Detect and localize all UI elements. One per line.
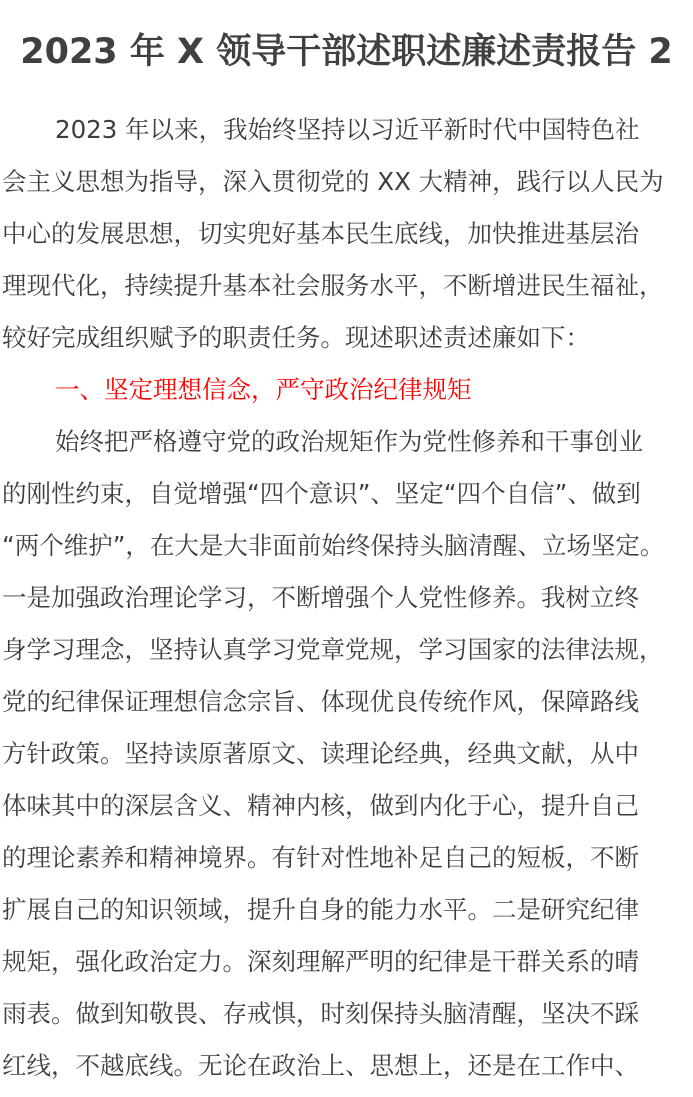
paragraph-line: 方针政策。坚持读原著原文、读理论经典，经典文献，从中 bbox=[2, 738, 639, 770]
paragraph-line: 规矩，强化政治定力。深刻理解严明的纪律是干群关系的晴 bbox=[2, 946, 639, 978]
paragraph-line: 一是加强政治理论学习，不断增强个人党性修养。我树立终 bbox=[2, 582, 639, 614]
paragraph-line: 的刚性约束，自觉增强“四个意识”、坚定“四个自信”、做到 bbox=[2, 478, 641, 510]
paragraph-line: 扩展自己的知识领域，提升自身的能力水平。二是研究纪律 bbox=[2, 894, 639, 926]
paragraph-line: “两个维护”，在大是大非面前始终保持头脑清醒、立场坚定。 bbox=[2, 530, 664, 562]
section-heading: 一、坚定理想信念，严守政治纪律规矩 bbox=[55, 374, 472, 406]
paragraph-line: 体味其中的深层含义、精神内核，做到内化于心，提升自己 bbox=[2, 790, 639, 822]
paragraph-line: 身学习理念，坚持认真学习党章党规，学习国家的法律法规， bbox=[2, 634, 664, 666]
paragraph-line: 较好完成组织赋予的职责任务。现述职述责述廉如下： bbox=[2, 322, 590, 354]
paragraph-line: 雨表。做到知敬畏、存戒惧，时刻保持头脑清醒，坚决不踩 bbox=[2, 998, 639, 1030]
paragraph-line: 中心的发展思想，切实兜好基本民生底线，加快推进基层治 bbox=[2, 218, 639, 250]
paragraph-line: 会主义思想为指导，深入贯彻党的 XX 大精神，践行以人民为 bbox=[2, 166, 664, 198]
paragraph-line: 红线，不越底线。无论在政治上、思想上，还是在工作中、 bbox=[2, 1050, 639, 1082]
paragraph-line: 的理论素养和精神境界。有针对性地补足自己的短板，不断 bbox=[2, 842, 639, 874]
paragraph-line: 党的纪律保证理想信念宗旨、体现优良传统作风，保障路线 bbox=[2, 686, 639, 718]
paragraph-line: 理现代化，持续提升基本社会服务水平，不断增进民生福祉， bbox=[2, 270, 664, 302]
paragraph-line: 2023 年以来，我始终坚持以习近平新时代中国特色社 bbox=[55, 114, 640, 146]
document-title: 2023 年 X 领导干部述职述廉述责报告 2 bbox=[0, 30, 693, 74]
paragraph-line: 始终把严格遵守党的政治规矩作为党性修养和干事创业 bbox=[55, 426, 643, 458]
